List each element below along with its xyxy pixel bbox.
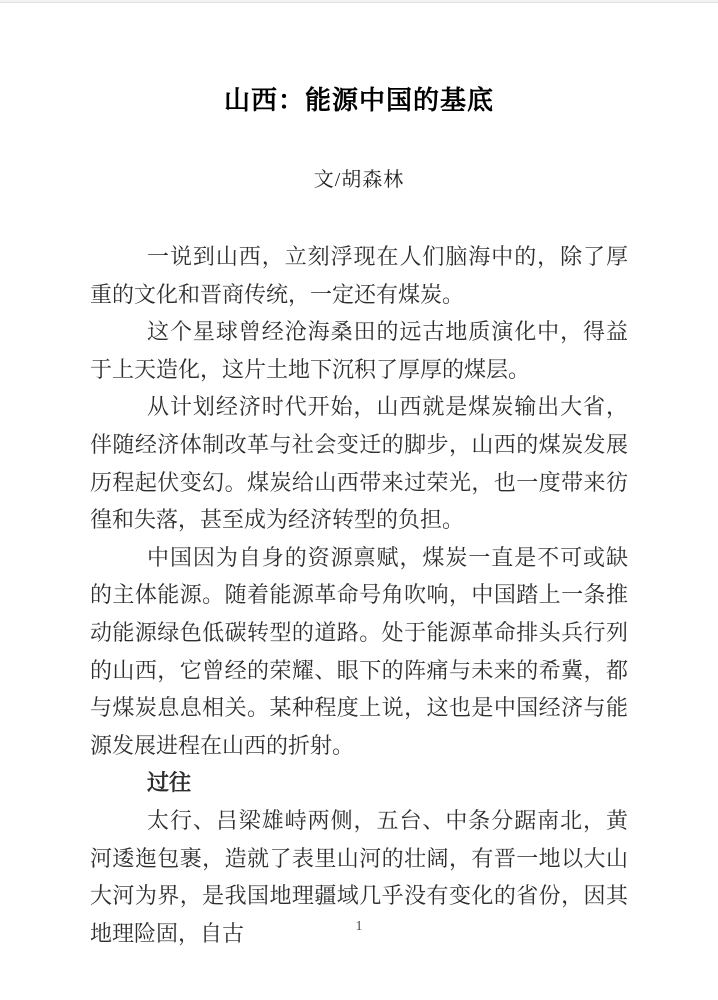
document-title: 山西：能源中国的基底 — [90, 84, 628, 118]
page-number: 1 — [0, 918, 718, 936]
document-body: 一说到山西，立刻浮现在人们脑海中的，除了厚重的文化和晋商传统，一定还有煤炭。 这… — [90, 238, 628, 952]
author-byline: 文/胡森林 — [90, 166, 628, 194]
document-page: 山西：能源中国的基底 文/胡森林 一说到山西，立刻浮现在人们脑海中的，除了厚重的… — [0, 0, 718, 1000]
section-heading: 过往 — [90, 764, 628, 802]
body-paragraph: 一说到山西，立刻浮现在人们脑海中的，除了厚重的文化和晋商传统，一定还有煤炭。 — [90, 238, 628, 313]
body-paragraph: 这个星球曾经沧海桑田的远古地质演化中，得益于上天造化，这片土地下沉积了厚厚的煤层… — [90, 313, 628, 388]
body-paragraph: 从计划经济时代开始，山西就是煤炭输出大省，伴随经济体制改革与社会变迁的脚步，山西… — [90, 388, 628, 538]
body-paragraph: 中国因为自身的资源禀赋，煤炭一直是不可或缺的主体能源。随着能源革命号角吹响，中国… — [90, 539, 628, 765]
